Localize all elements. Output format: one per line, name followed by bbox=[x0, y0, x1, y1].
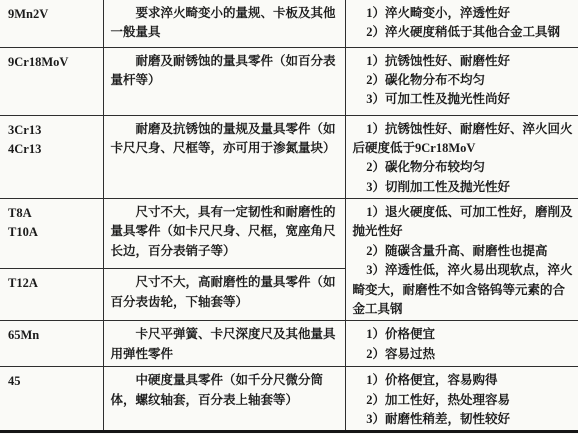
props-cell-merged: 1）退火硬度低、可加工性好，磨削及抛光性好 2）随碳含量升高、耐磨性也提高 3）… bbox=[345, 199, 578, 321]
table-row: 9Mn2V 要求淬火畸变小的量规、卡板及其他一般量具 1）淬火畸变小，淬透性好 … bbox=[0, 0, 578, 47]
steel-grades-table: 9Mn2V 要求淬火畸变小的量规、卡板及其他一般量具 1）淬火畸变小，淬透性好 … bbox=[0, 0, 578, 433]
property-item: 2）加工性好，热处理容易 bbox=[353, 391, 574, 410]
usage-cell: 耐磨及耐锈蚀的量具零件（如百分表量杆等） bbox=[103, 47, 345, 115]
property-item: 3）可加工性及抛光性尚好 bbox=[353, 90, 574, 109]
property-item: 2）淬火硬度稍低于其他合金工具钢 bbox=[353, 23, 574, 42]
usage-cell: 尺寸不大，高耐磨性的量具零件（如百分表齿轮，下轴套等） bbox=[103, 269, 345, 321]
property-item: 1）淬火畸变小，淬透性好 bbox=[353, 4, 574, 23]
usage-text: 卡尺平弹簧、卡尺深度尺及其他量具用弹性零件 bbox=[111, 325, 336, 364]
property-item: 1）抗锈蚀性好、耐磨性好、淬火回火后硬度低于9Cr18MoV bbox=[353, 120, 574, 159]
grade-label: 45 bbox=[8, 372, 99, 391]
property-item: 3）淬透性低，淬火易出现软点，淬火畸变大，耐磨性不如含铬钨等元素的合金工具钢 bbox=[353, 261, 574, 319]
usage-text: 尺寸不大，具有一定韧性和耐磨性的量具零件（如卡尺尺身、尺框，宽座角尺长边，百分表… bbox=[111, 203, 336, 261]
grade-cell: 3Cr13 4Cr13 bbox=[0, 115, 103, 199]
grade-cell: 45 bbox=[0, 367, 103, 432]
grade-cell: 9Mn2V bbox=[0, 0, 103, 47]
grade-label: 65Mn bbox=[8, 326, 99, 345]
grade-label: 9Cr18MoV bbox=[8, 53, 99, 72]
usage-text: 要求淬火畸变小的量规、卡板及其他一般量具 bbox=[111, 4, 336, 43]
grade-label: T12A bbox=[8, 274, 99, 293]
property-item: 2）碳化物分布不均匀 bbox=[353, 71, 574, 90]
usage-cell: 尺寸不大，具有一定韧性和耐磨性的量具零件（如卡尺尺身、尺框，宽座角尺长边，百分表… bbox=[103, 199, 345, 269]
property-item: 1）退火硬度低、可加工性好，磨削及抛光性好 bbox=[353, 203, 574, 242]
props-cell: 1）抗锈蚀性好、耐磨性好 2）碳化物分布不均匀 3）可加工性及抛光性尚好 bbox=[345, 47, 578, 115]
props-cell: 1）价格便宜 2）容易过热 bbox=[345, 321, 578, 367]
property-item: 3）切削加工性及抛光性好 bbox=[353, 178, 574, 197]
usage-text: 耐磨及耐锈蚀的量具零件（如百分表量杆等） bbox=[111, 52, 336, 91]
table-row: 9Cr18MoV 耐磨及耐锈蚀的量具零件（如百分表量杆等） 1）抗锈蚀性好、耐磨… bbox=[0, 47, 578, 115]
property-item: 2）随碳含量升高、耐磨性也提高 bbox=[353, 242, 574, 261]
scanned-document-page: 9Mn2V 要求淬火畸变小的量规、卡板及其他一般量具 1）淬火畸变小，淬透性好 … bbox=[0, 0, 578, 434]
grade-label: T8A bbox=[8, 204, 99, 223]
property-item: 2）碳化物分布较均匀 bbox=[353, 158, 574, 177]
property-item: 1）抗锈蚀性好、耐磨性好 bbox=[353, 52, 574, 71]
property-item: 2）容易过热 bbox=[353, 345, 574, 364]
property-item: 1）价格便宜，容易购得 bbox=[353, 371, 574, 390]
usage-text: 耐磨及抗锈蚀的量规及量具零件（如卡尺尺身、尺框等，亦可用于渗氮量块） bbox=[111, 120, 336, 159]
usage-cell: 耐磨及抗锈蚀的量规及量具零件（如卡尺尺身、尺框等，亦可用于渗氮量块） bbox=[103, 115, 345, 199]
usage-cell: 卡尺平弹簧、卡尺深度尺及其他量具用弹性零件 bbox=[103, 321, 345, 367]
grade-label: 9Mn2V bbox=[8, 5, 99, 24]
property-item: 1）价格便宜 bbox=[353, 325, 574, 344]
grade-label: T10A bbox=[8, 223, 99, 242]
props-cell: 1）抗锈蚀性好、耐磨性好、淬火回火后硬度低于9Cr18MoV 2）碳化物分布较均… bbox=[345, 115, 578, 199]
grade-cell: 9Cr18MoV bbox=[0, 47, 103, 115]
usage-text: 尺寸不大，高耐磨性的量具零件（如百分表齿轮，下轴套等） bbox=[111, 273, 336, 312]
props-cell: 1）价格便宜，容易购得 2）加工性好，热处理容易 3）耐磨性稍差，韧性较好 bbox=[345, 367, 578, 432]
property-item: 3）耐磨性稍差，韧性较好 bbox=[353, 410, 574, 429]
props-cell: 1）淬火畸变小，淬透性好 2）淬火硬度稍低于其他合金工具钢 bbox=[345, 0, 578, 47]
grade-cell: 65Mn bbox=[0, 321, 103, 367]
usage-text: 中硬度量具零件（如千分尺微分筒体，螺纹轴套，百分表上轴套等） bbox=[111, 371, 336, 410]
table-row: T8A T10A 尺寸不大，具有一定韧性和耐磨性的量具零件（如卡尺尺身、尺框，宽… bbox=[0, 199, 578, 269]
grade-label: 4Cr13 bbox=[8, 140, 99, 159]
table-row: 3Cr13 4Cr13 耐磨及抗锈蚀的量规及量具零件（如卡尺尺身、尺框等，亦可用… bbox=[0, 115, 578, 199]
grade-cell: T8A T10A bbox=[0, 199, 103, 269]
table-row: 65Mn 卡尺平弹簧、卡尺深度尺及其他量具用弹性零件 1）价格便宜 2）容易过热 bbox=[0, 321, 578, 367]
usage-cell: 要求淬火畸变小的量规、卡板及其他一般量具 bbox=[103, 0, 345, 47]
usage-cell: 中硬度量具零件（如千分尺微分筒体，螺纹轴套，百分表上轴套等） bbox=[103, 367, 345, 432]
grade-label: 3Cr13 bbox=[8, 121, 99, 140]
table-row: 45 中硬度量具零件（如千分尺微分筒体，螺纹轴套，百分表上轴套等） 1）价格便宜… bbox=[0, 367, 578, 432]
grade-cell: T12A bbox=[0, 269, 103, 321]
